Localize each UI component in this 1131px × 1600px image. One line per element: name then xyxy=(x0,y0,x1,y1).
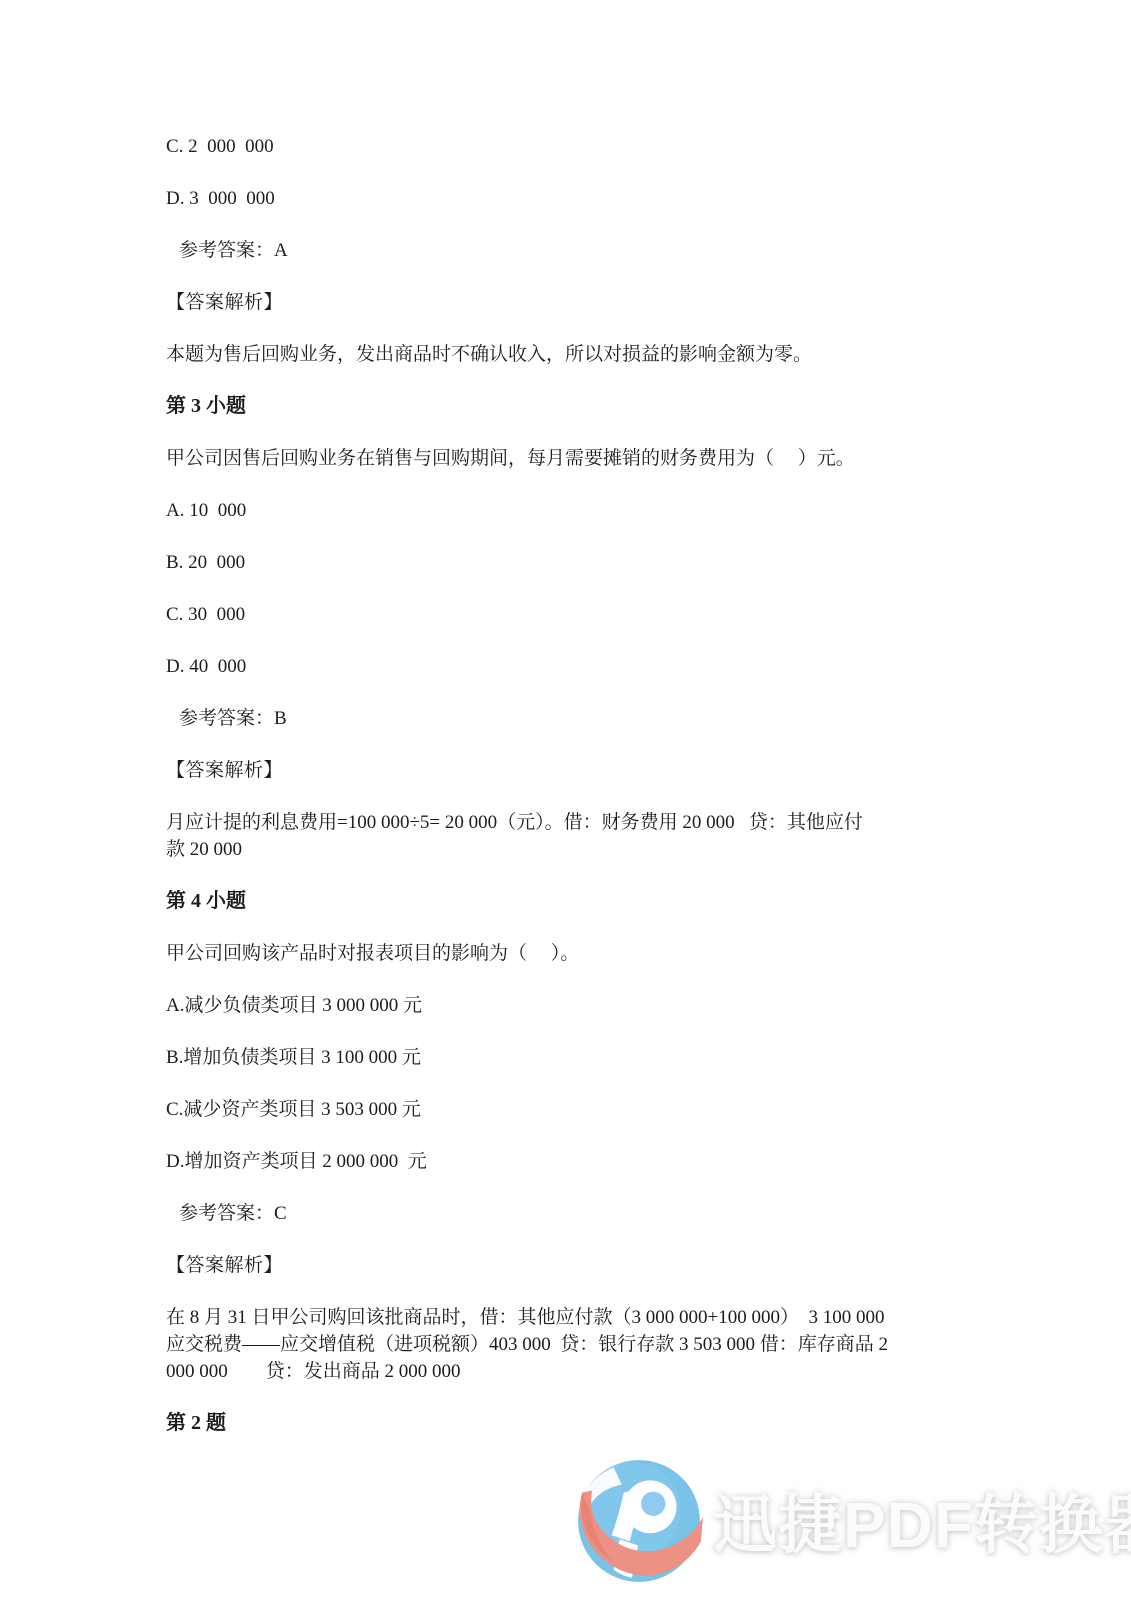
option-a: A. 10 000 xyxy=(166,497,1051,524)
watermark-text: 迅捷PDF转换器 xyxy=(713,1474,1131,1566)
analysis-paragraph: 在 8 月 31 日甲公司购回该批商品时，借：其他应付款（3 000 000+1… xyxy=(166,1304,1051,1385)
question-2-heading: 第 2 题 xyxy=(166,1410,1051,1437)
document-body: C. 2 000 000D. 3 000 000参考答案：A【答案解析】本题为售… xyxy=(0,0,1131,1462)
option-d: D. 3 000 000 xyxy=(166,185,1051,212)
paragraph-line: 款 20 000 xyxy=(166,836,1051,863)
analysis-heading: 【答案解析】 xyxy=(166,1252,1051,1279)
reference-answer: 参考答案：C xyxy=(166,1200,1051,1227)
paragraph-line: 000 000 贷：发出商品 2 000 000 xyxy=(166,1358,1051,1385)
question-4-text: 甲公司回购该产品时对报表项目的影响为（ ）。 xyxy=(166,940,1051,967)
paragraph-line: 月应计提的利息费用=100 000÷5= 20 000（元）。借：财务费用 20… xyxy=(166,809,1051,836)
paragraph-line: 在 8 月 31 日甲公司购回该批商品时，借：其他应付款（3 000 000+1… xyxy=(166,1304,1051,1331)
option-c: C.减少资产类项目 3 503 000 元 xyxy=(166,1096,1051,1123)
reference-answer: 参考答案：B xyxy=(166,705,1051,732)
option-b: B.增加负债类项目 3 100 000 元 xyxy=(166,1044,1051,1071)
analysis-heading: 【答案解析】 xyxy=(166,289,1051,316)
option-d: D.增加资产类项目 2 000 000 元 xyxy=(166,1148,1051,1175)
paragraph-line: 应交税费——应交增值税（进项税额）403 000 贷：银行存款 3 503 00… xyxy=(166,1331,1051,1358)
document-page: C. 2 000 000D. 3 000 000参考答案：A【答案解析】本题为售… xyxy=(0,0,1131,1600)
subquestion-4-heading: 第 4 小题 xyxy=(166,888,1051,915)
pdf-converter-watermark: 迅捷PDF转换器 xyxy=(573,1450,1113,1590)
analysis-heading: 【答案解析】 xyxy=(166,757,1051,784)
option-b: B. 20 000 xyxy=(166,549,1051,576)
analysis-paragraph: 本题为售后回购业务，发出商品时不确认收入，所以对损益的影响金额为零。 xyxy=(166,341,1051,368)
option-d: D. 40 000 xyxy=(166,653,1051,680)
option-c: C. 2 000 000 xyxy=(166,133,1051,160)
option-a: A.减少负债类项目 3 000 000 元 xyxy=(166,992,1051,1019)
question-3-text: 甲公司因售后回购业务在销售与回购期间，每月需要摊销的财务费用为（ ）元。 xyxy=(166,445,1051,472)
pdf-converter-logo-icon xyxy=(573,1454,705,1586)
reference-answer: 参考答案：A xyxy=(166,237,1051,264)
subquestion-3-heading: 第 3 小题 xyxy=(166,393,1051,420)
option-c: C. 30 000 xyxy=(166,601,1051,628)
analysis-paragraph: 月应计提的利息费用=100 000÷5= 20 000（元）。借：财务费用 20… xyxy=(166,809,1051,863)
